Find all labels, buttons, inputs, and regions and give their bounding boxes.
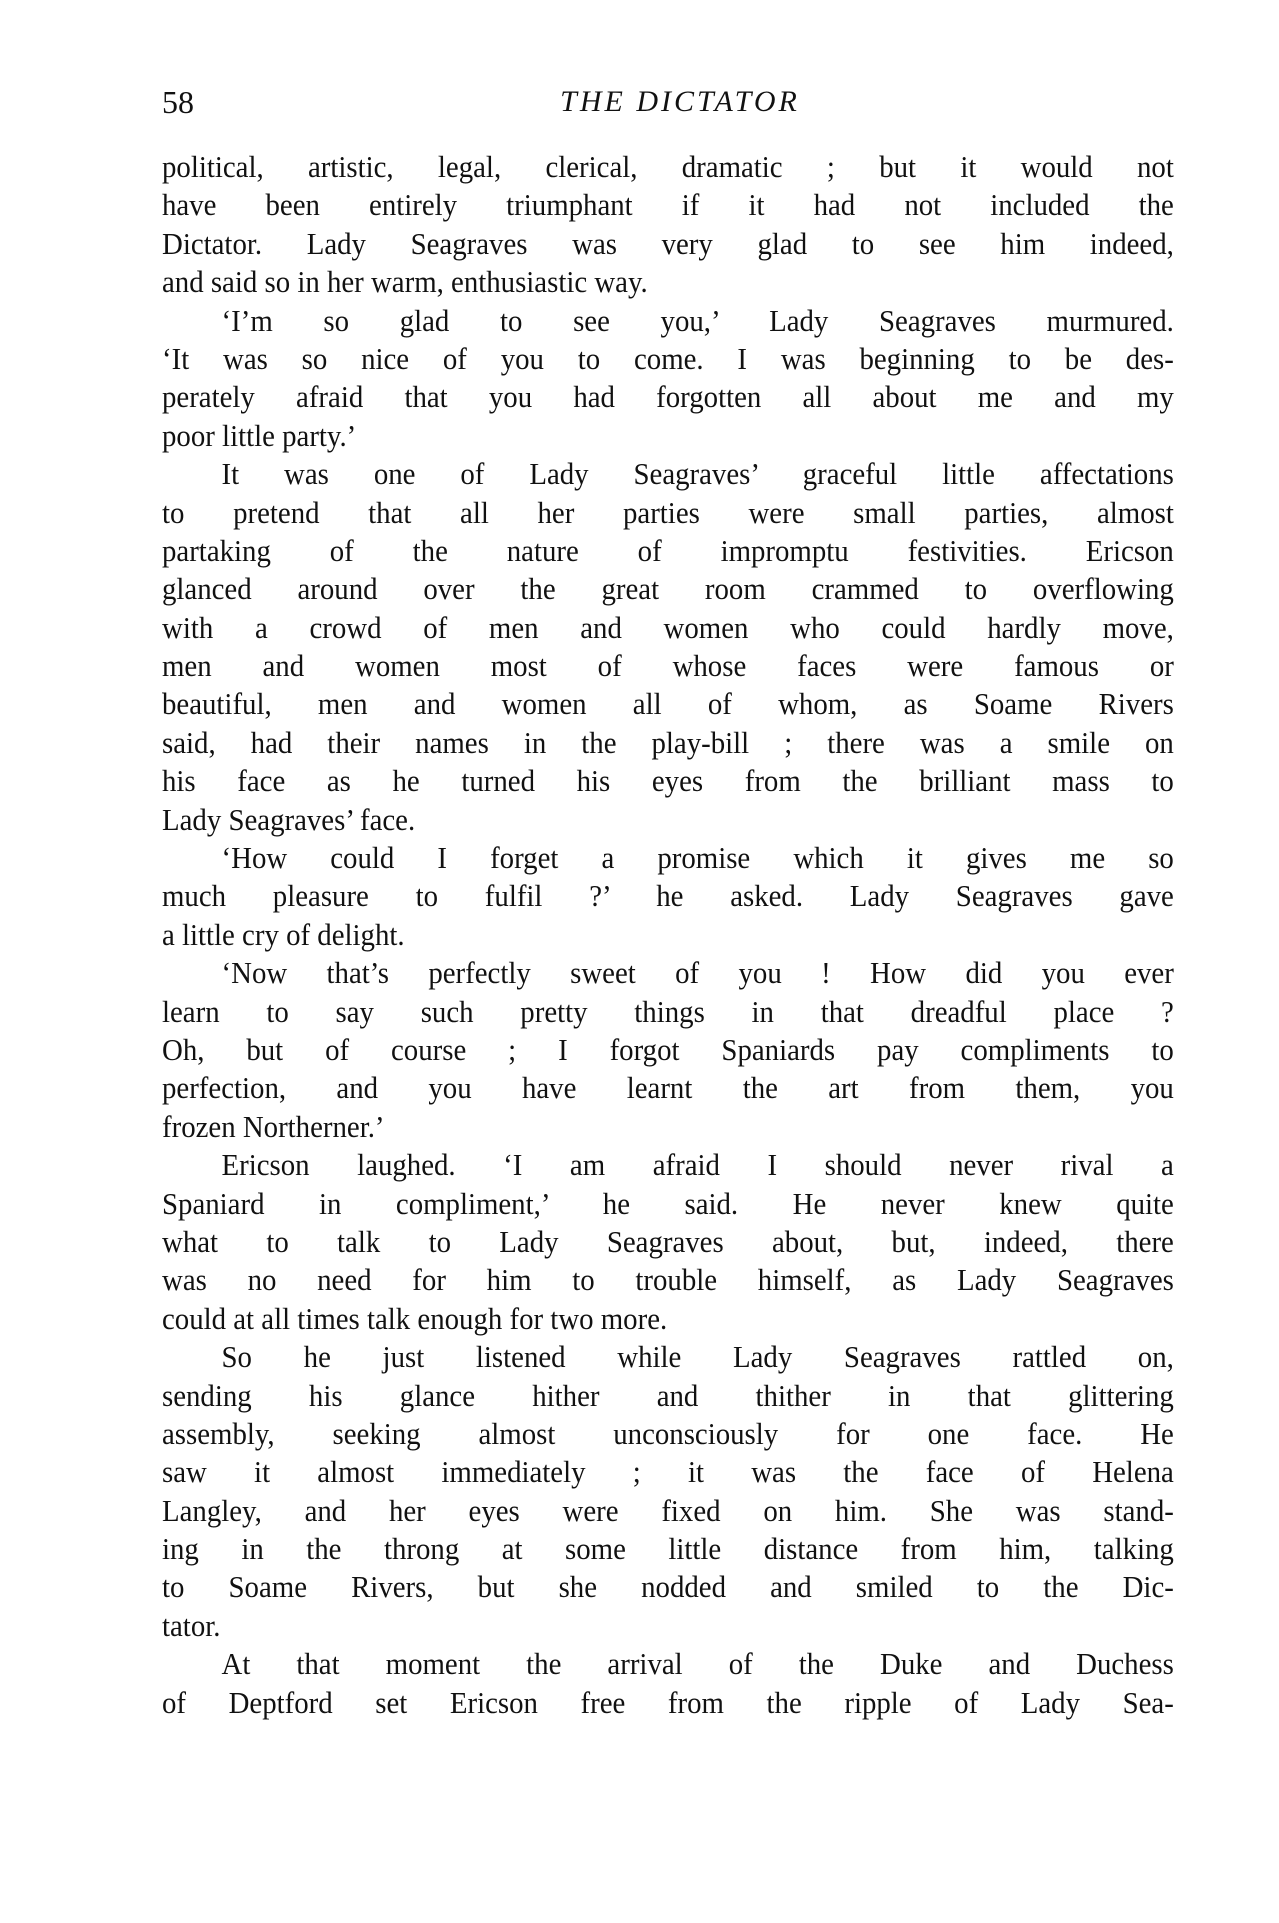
text-line: ‘I’m so glad to see you,’ Lady Seagraves… [162, 302, 1174, 340]
text-line: with a crowd of men and women who could … [162, 609, 1174, 647]
text-line: said, had their names in the play-bill ;… [162, 724, 1174, 762]
text-line: learn to say such pretty things in that … [162, 993, 1174, 1031]
text-line: ing in the throng at some little distanc… [162, 1530, 1174, 1568]
body-text: political, artistic, legal, clerical, dr… [162, 148, 1174, 1722]
text-line: ‘Now that’s perfectly sweet of you ! How… [162, 954, 1174, 992]
text-line: poor little party.’ [162, 417, 1174, 455]
text-line: was no need for him to trouble himself, … [162, 1261, 1174, 1299]
text-line: partaking of the nature of impromptu fes… [162, 532, 1174, 570]
text-line: At that moment the arrival of the Duke a… [162, 1645, 1174, 1683]
text-line: glanced around over the great room cramm… [162, 570, 1174, 608]
text-line: beautiful, men and women all of whom, as… [162, 685, 1174, 723]
text-line: sending his glance hither and thither in… [162, 1377, 1174, 1415]
text-line: of Deptford set Ericson free from the ri… [162, 1684, 1174, 1722]
text-line: Langley, and her eyes were fixed on him.… [162, 1492, 1174, 1530]
text-line: a little cry of delight. [162, 916, 1174, 954]
text-line: and said so in her warm, enthusiastic wa… [162, 263, 1174, 301]
text-line: tator. [162, 1607, 1174, 1645]
text-line: Dictator. Lady Seagraves was very glad t… [162, 225, 1174, 263]
text-line: Spaniard in compliment,’ he said. He nev… [162, 1185, 1174, 1223]
text-line: have been entirely triumphant if it had … [162, 186, 1174, 224]
running-title: THE DICTATOR [162, 82, 1174, 122]
text-line: to Soame Rivers, but she nodded and smil… [162, 1568, 1174, 1606]
text-line: It was one of Lady Seagraves’ graceful l… [162, 455, 1174, 493]
text-line: assembly, seeking almost unconsciously f… [162, 1415, 1174, 1453]
text-line: much pleasure to fulfil ?’ he asked. Lad… [162, 877, 1174, 915]
text-line: to pretend that all her parties were sma… [162, 494, 1174, 532]
text-line: ‘How could I forget a promise which it g… [162, 839, 1174, 877]
running-head: 58 THE DICTATOR [162, 82, 1174, 122]
text-line: what to talk to Lady Seagraves about, bu… [162, 1223, 1174, 1261]
text-line: his face as he turned his eyes from the … [162, 762, 1174, 800]
text-line: perfection, and you have learnt the art … [162, 1069, 1174, 1107]
text-line: frozen Northerner.’ [162, 1108, 1174, 1146]
text-line: saw it almost immediately ; it was the f… [162, 1453, 1174, 1491]
text-line: Oh, but of course ; I forgot Spaniards p… [162, 1031, 1174, 1069]
text-line: perately afraid that you had forgotten a… [162, 378, 1174, 416]
text-line: Ericson laughed. ‘I am afraid I should n… [162, 1146, 1174, 1184]
text-line: Lady Seagraves’ face. [162, 801, 1174, 839]
text-line: ‘It was so nice of you to come. I was be… [162, 340, 1174, 378]
text-line: could at all times talk enough for two m… [162, 1300, 1174, 1338]
text-line: political, artistic, legal, clerical, dr… [162, 148, 1174, 186]
text-line: men and women most of whose faces were f… [162, 647, 1174, 685]
text-line: So he just listened while Lady Seagraves… [162, 1338, 1174, 1376]
